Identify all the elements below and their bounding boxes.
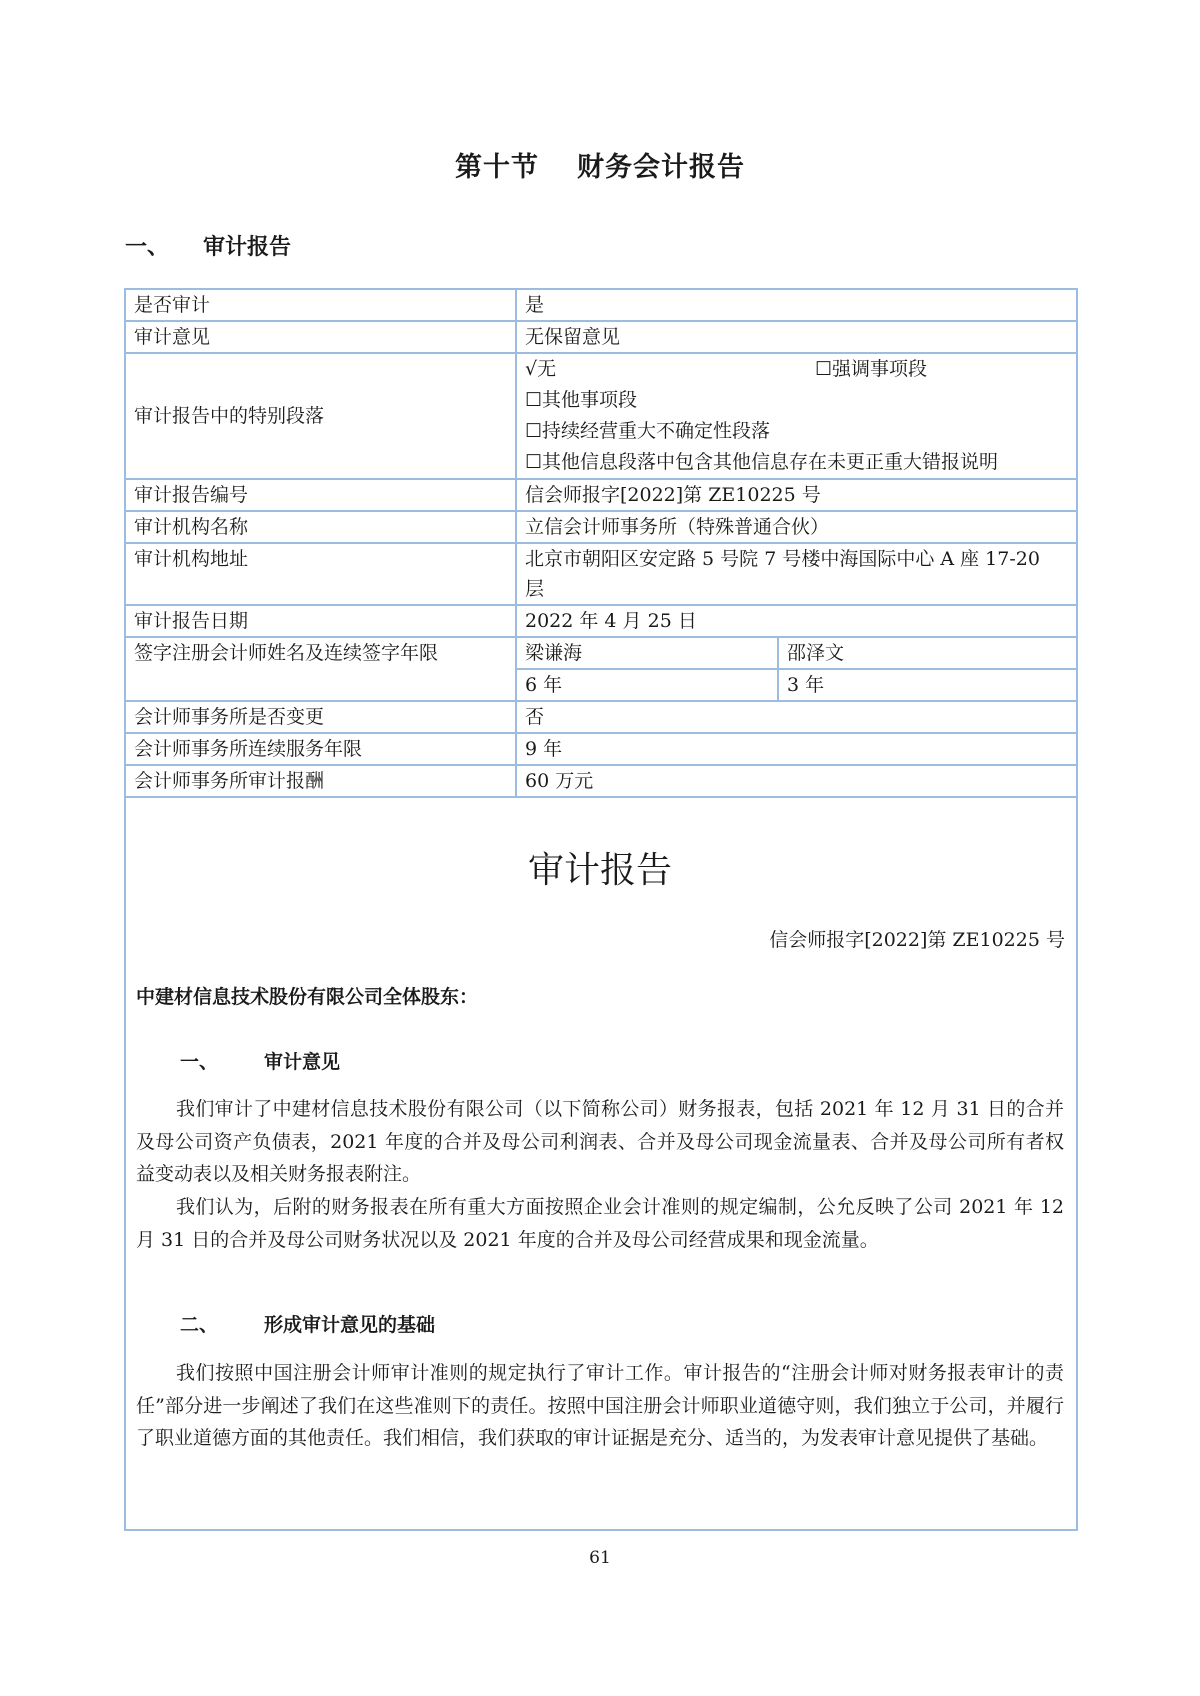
row-label: 会计师事务所审计报酬 [125, 765, 516, 797]
table-row: 会计师事务所审计报酬 60 万元 [125, 765, 1077, 797]
paragraph: 我们审计了中建材信息技术股份有限公司（以下简称公司）财务报表，包括 2021 年… [136, 1093, 1064, 1191]
section-heading: 一、审计报告 [125, 230, 291, 261]
addressee: 中建材信息技术股份有限公司全体股东： [136, 982, 478, 1009]
accountant-name: 邵泽文 [778, 637, 1077, 669]
row-value: 否 [516, 701, 1077, 733]
option-other-information: ☐其他信息段落中包含其他信息存在未更正重大错报说明 [525, 447, 1068, 478]
table-row: 审计机构地址 北京市朝阳区安定路 5 号院 7 号楼中海国际中心 A 座 17-… [125, 543, 1077, 605]
row-label: 会计师事务所是否变更 [125, 701, 516, 733]
row-label: 是否审计 [125, 289, 516, 321]
checkbox-empty-icon: ☐ [815, 358, 832, 380]
chapter-number: 第十节 [455, 152, 539, 183]
table-row: 审计机构名称 立信会计师事务所（特殊普通合伙） [125, 511, 1077, 543]
audit-info-table: 是否审计 是 审计意见 无保留意见 审计报告中的特别段落 √无 ☐强调事项段 ☐… [124, 288, 1078, 798]
chapter-name: 财务会计报告 [577, 152, 745, 183]
subsection-heading-opinion: 一、审计意见 [180, 1047, 340, 1074]
option-other-matters: ☐其他事项段 [525, 385, 1068, 416]
row-label: 审计意见 [125, 321, 516, 353]
table-row: 是否审计 是 [125, 289, 1077, 321]
paragraph: 我们按照中国注册会计师审计准则的规定执行了审计工作。审计报告的“注册会计师对财务… [136, 1357, 1064, 1455]
table-row: 审计意见 无保留意见 [125, 321, 1077, 353]
table-row: 审计报告中的特别段落 √无 ☐强调事项段 ☐其他事项段 ☐持续经营重大不确定性段… [125, 353, 1077, 479]
row-value: 无保留意见 [516, 321, 1077, 353]
special-paragraph-options: √无 ☐强调事项段 ☐其他事项段 ☐持续经营重大不确定性段落 ☐其他信息段落中包… [516, 353, 1077, 479]
option-emphasis: ☐强调事项段 [815, 354, 927, 385]
table-row: 审计报告编号 信会师报字[2022]第 ZE10225 号 [125, 479, 1077, 511]
section-number: 一、 [125, 230, 203, 261]
chapter-title: 第十节财务会计报告 [0, 145, 1200, 184]
paragraph: 我们认为，后附的财务报表在所有重大方面按照企业会计准则的规定编制，公允反映了公司… [136, 1191, 1064, 1256]
row-label: 会计师事务所连续服务年限 [125, 733, 516, 765]
table-row: 签字注册会计师姓名及连续签字年限 梁谦海 邵泽文 [125, 637, 1077, 669]
row-label: 审计机构地址 [125, 543, 516, 605]
table-row: 会计师事务所是否变更 否 [125, 701, 1077, 733]
row-value: 60 万元 [516, 765, 1077, 797]
row-label: 审计报告日期 [125, 605, 516, 637]
option-going-concern: ☐持续经营重大不确定性段落 [525, 416, 1068, 447]
row-value: 9 年 [516, 733, 1077, 765]
option-none: √无 [525, 354, 815, 385]
checkmark-icon: √ [525, 358, 537, 380]
row-value: 是 [516, 289, 1077, 321]
accountant-name: 梁谦海 [516, 637, 778, 669]
checkbox-empty-icon: ☐ [525, 420, 542, 442]
checkbox-empty-icon: ☐ [525, 451, 542, 473]
row-label: 审计报告中的特别段落 [125, 353, 516, 479]
row-value: 北京市朝阳区安定路 5 号院 7 号楼中海国际中心 A 座 17-20 层 [516, 543, 1077, 605]
section-title: 审计报告 [203, 235, 291, 260]
table-row: 审计报告日期 2022 年 4 月 25 日 [125, 605, 1077, 637]
row-label: 审计报告编号 [125, 479, 516, 511]
page-number: 61 [0, 1548, 1200, 1568]
accountant-years: 6 年 [516, 669, 778, 701]
checkbox-empty-icon: ☐ [525, 389, 542, 411]
table-row: 会计师事务所连续服务年限 9 年 [125, 733, 1077, 765]
report-number: 信会师报字[2022]第 ZE10225 号 [769, 925, 1065, 952]
row-label: 审计机构名称 [125, 511, 516, 543]
row-value: 立信会计师事务所（特殊普通合伙） [516, 511, 1077, 543]
report-title: 审计报告 [0, 842, 1200, 893]
row-value: 信会师报字[2022]第 ZE10225 号 [516, 479, 1077, 511]
row-value: 2022 年 4 月 25 日 [516, 605, 1077, 637]
accountant-years: 3 年 [778, 669, 1077, 701]
subsection-heading-basis: 二、形成审计意见的基础 [180, 1310, 435, 1337]
row-label: 签字注册会计师姓名及连续签字年限 [125, 637, 516, 701]
